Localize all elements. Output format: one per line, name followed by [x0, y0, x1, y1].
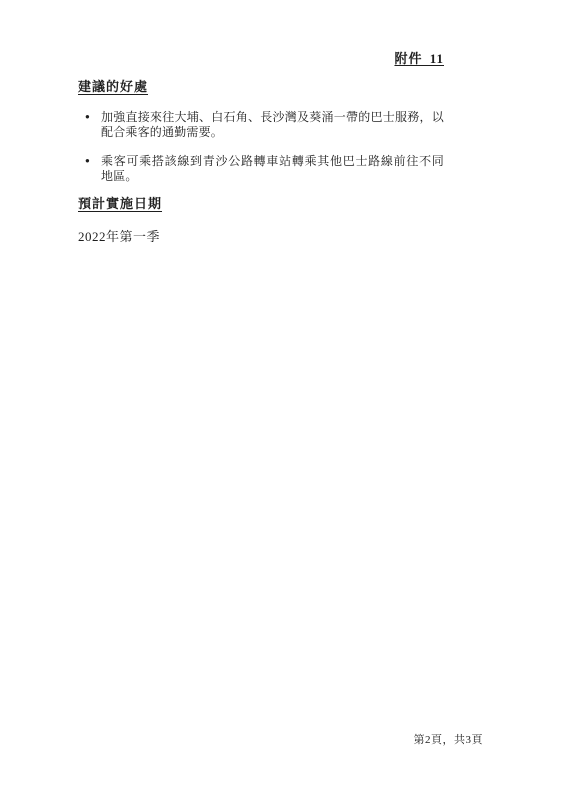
- bullet-item: ● 乘客可乘搭該線到青沙公路轉車站轉乘其他巴士路線前往不同 地區。: [78, 154, 444, 183]
- implementation-heading-text: 預計實施日期: [78, 196, 162, 211]
- page-footer: 第2頁，共3頁: [414, 731, 484, 747]
- bullet-icon: ●: [85, 110, 101, 125]
- bullet-icon: ●: [85, 154, 101, 169]
- benefits-heading: 建議的好處: [78, 79, 444, 95]
- annex-label: 附件 11: [394, 48, 444, 67]
- document-page: 附件 11 建議的好處 ● 加強直接來往大埔、白石角、長沙灣及葵涌一帶的巴士服務…: [0, 0, 566, 800]
- implementation-heading: 預計實施日期: [78, 196, 444, 212]
- bullet-line: 乘客可乘搭該線到青沙公路轉車站轉乘其他巴士路線前往不同: [101, 154, 444, 169]
- benefits-heading-text: 建議的好處: [78, 79, 148, 94]
- bullet-item: ● 加強直接來往大埔、白石角、長沙灣及葵涌一帶的巴士服務，以 配合乘客的通勤需要…: [78, 110, 444, 139]
- bullet-line: 加強直接來往大埔、白石角、長沙灣及葵涌一帶的巴士服務，以: [101, 110, 444, 125]
- bullet-line: 地區。: [101, 169, 444, 184]
- document-content: 建議的好處 ● 加強直接來往大埔、白石角、長沙灣及葵涌一帶的巴士服務，以 配合乘…: [78, 79, 444, 244]
- bullet-line: 配合乘客的通勤需要。: [101, 125, 444, 140]
- bullet-text: 加強直接來往大埔、白石角、長沙灣及葵涌一帶的巴士服務，以 配合乘客的通勤需要。: [101, 110, 444, 139]
- implementation-date: 2022年第一季: [78, 229, 444, 244]
- bullet-text: 乘客可乘搭該線到青沙公路轉車站轉乘其他巴士路線前往不同 地區。: [101, 154, 444, 183]
